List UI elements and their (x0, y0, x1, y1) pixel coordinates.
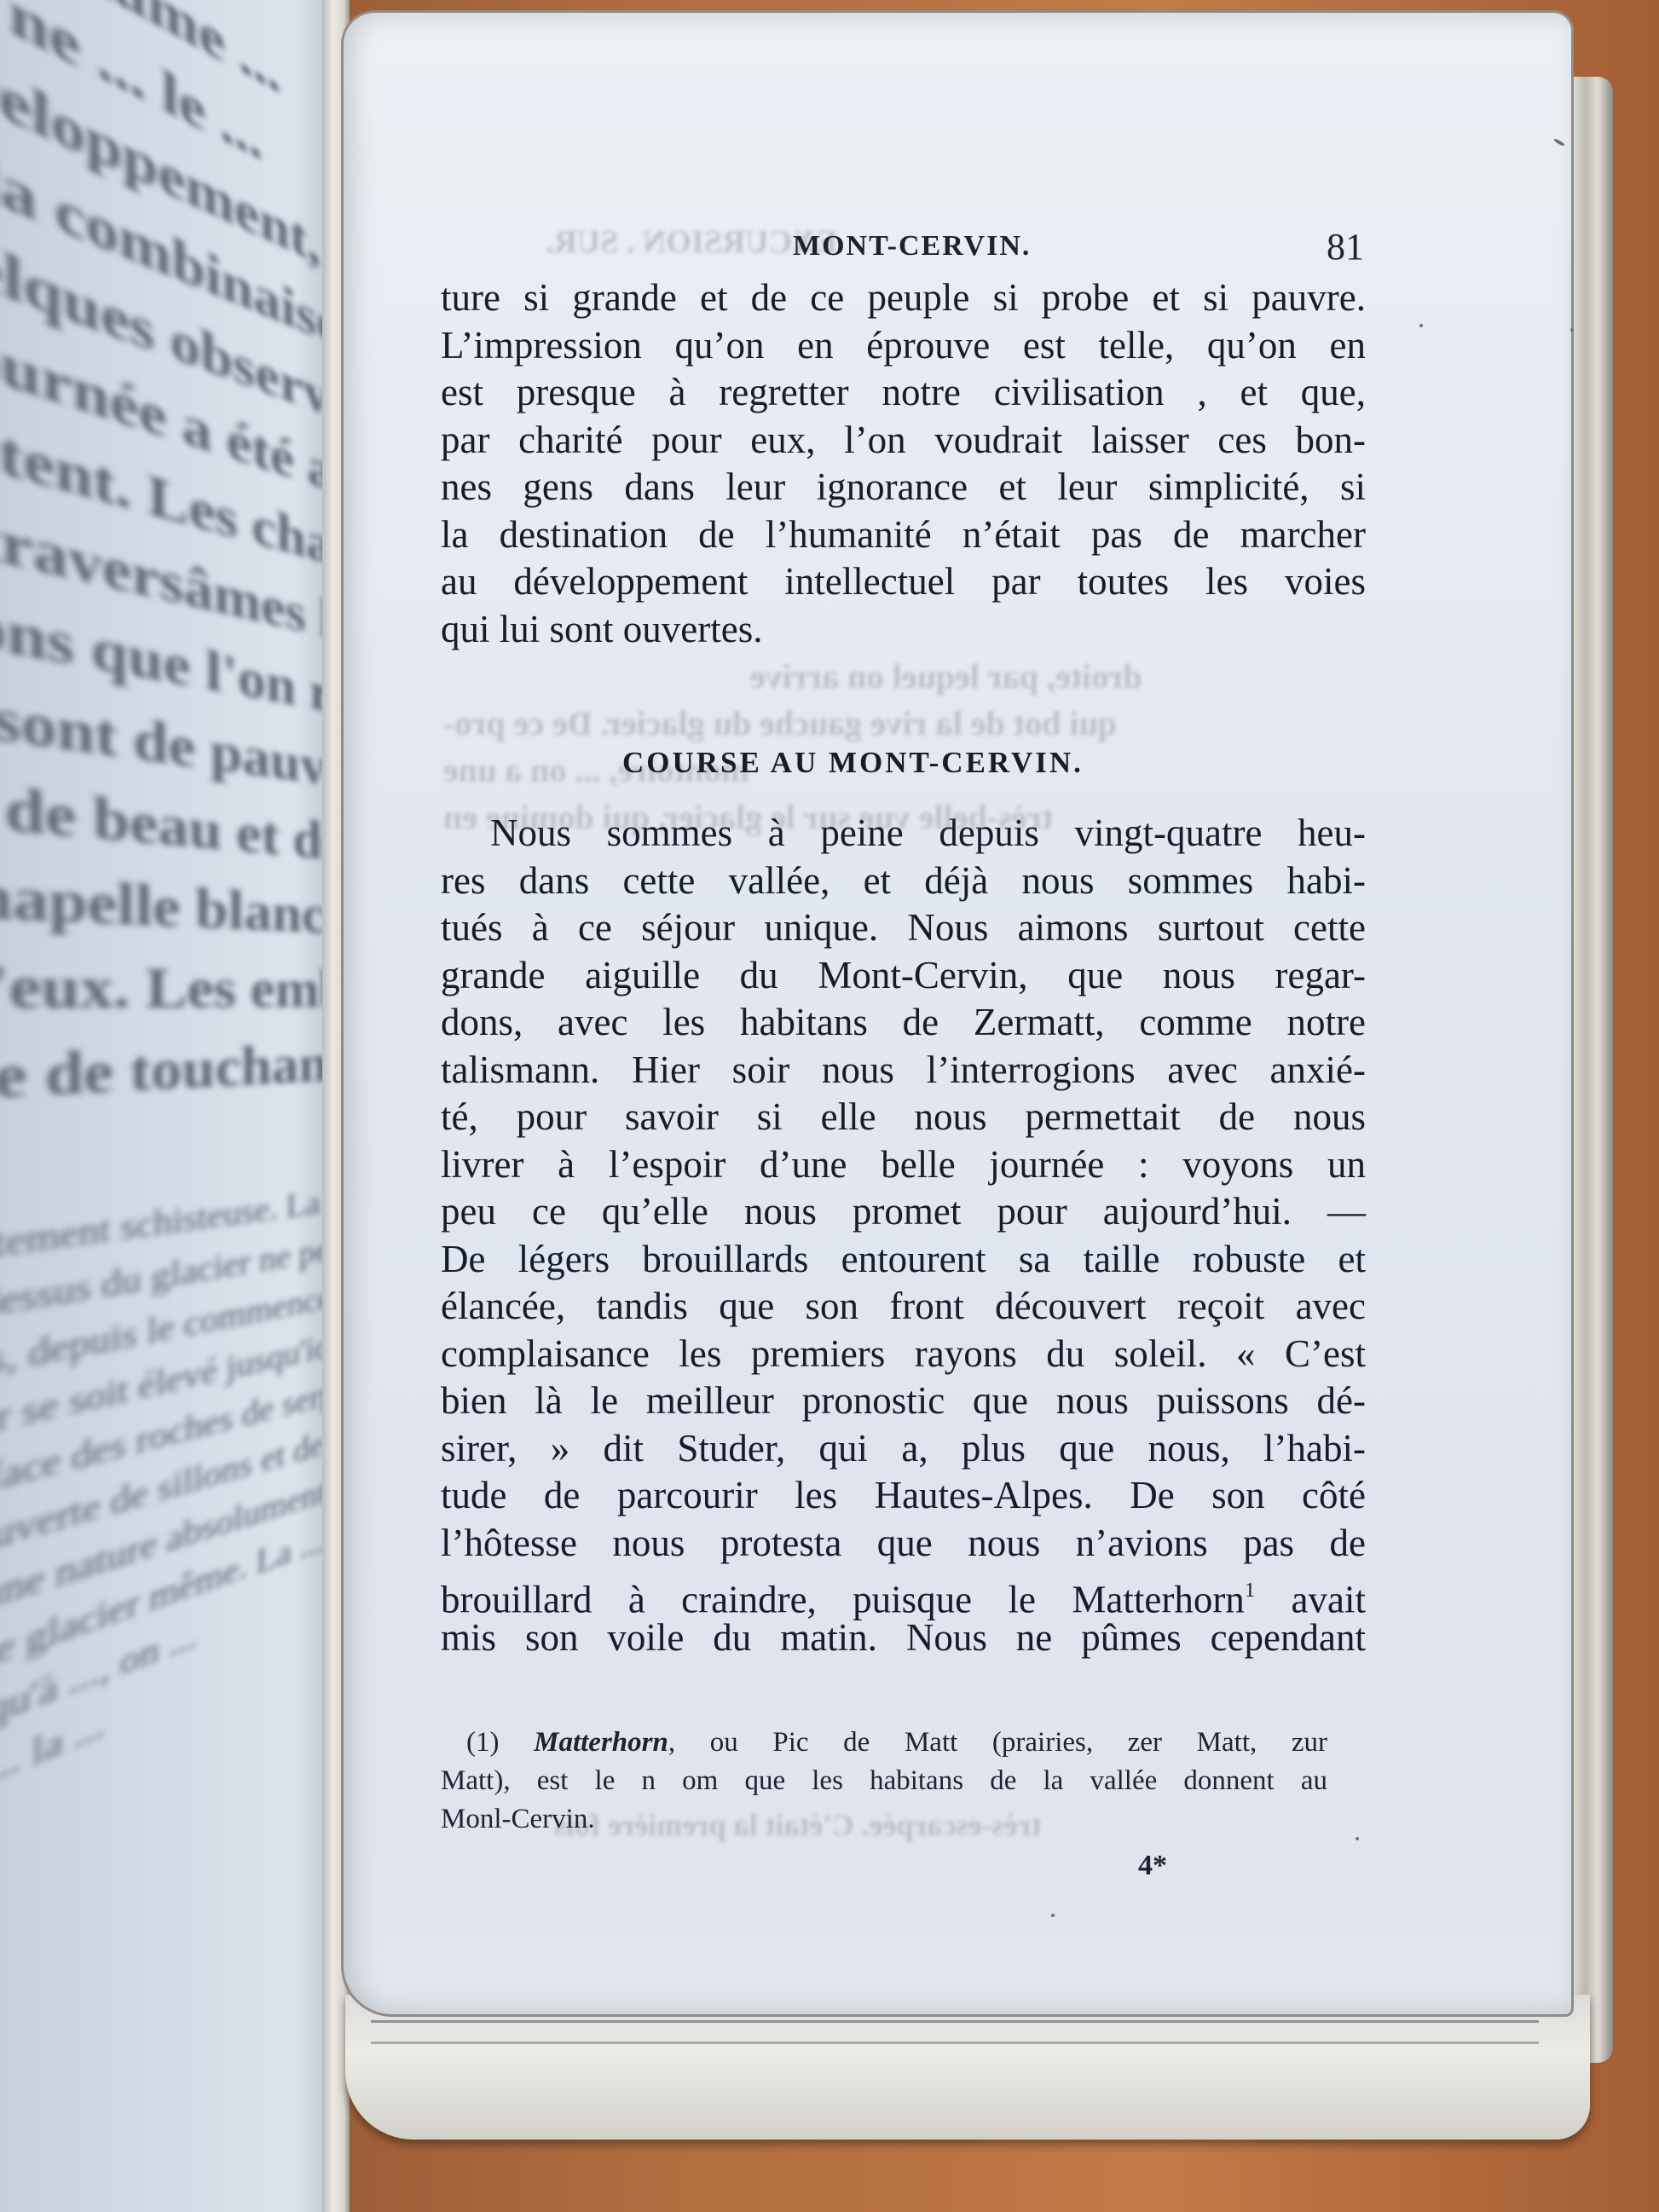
text-line: l’hôtesse nous protesta que nous n’avion… (441, 1520, 1366, 1568)
text-line: peu ce qu’elle nous promet pour aujourd’… (441, 1188, 1366, 1236)
text-line: qui lui sont ouvertes. (441, 606, 1366, 654)
left-line: hose de touchant au milieu de ... (0, 1026, 328, 1129)
text-line: talismann. Hier soir nous l’interrogions… (441, 1047, 1366, 1094)
text-line: té, pour savoir si elle nous permettait … (441, 1094, 1366, 1141)
text-line: nes gens dans leur ignorance et leur sim… (441, 464, 1366, 511)
text-line: tués à ce séjour unique. Nous aimons sur… (441, 904, 1366, 952)
text-line: mis son voile du matin. Nous ne pûmes ce… (441, 1614, 1366, 1662)
left-line: n d'eux. Les emblèmes de ... (0, 939, 328, 1034)
paper-speck (1570, 328, 1574, 332)
text-line: grande aiguille du Mont-Cervin, que nous… (441, 952, 1366, 1000)
text-line: est presque à regretter notre civilisati… (441, 369, 1366, 417)
text-line: complaisance les premiers rayons du sole… (441, 1331, 1366, 1378)
text-line: bien là le meilleur pronostic que nous p… (441, 1377, 1366, 1425)
text-line: au développement intellectuel par toutes… (441, 558, 1366, 606)
text-line: par charité pour eux, l’on voudrait lais… (441, 417, 1366, 465)
page-header: MONT-CERVIN. 81 (452, 230, 1364, 281)
text-line: sirer, » dit Studer, qui a, plus que nou… (441, 1425, 1366, 1473)
text-line: De légers brouillards entourent sa taill… (441, 1236, 1366, 1284)
footnote-reference[interactable]: 1 (1245, 1579, 1255, 1602)
signature-mark: 4* (1138, 1850, 1167, 1882)
footnote-text: , ou Pic de Matt (prairies, zer Matt, zu… (668, 1727, 1327, 1758)
footnote-term: Matterhorn (534, 1727, 668, 1758)
paragraph-1: ture si grande et de ce peuple si probe … (441, 274, 1366, 653)
left-page-text: ple. ..., pour l'amertume ... qui ne ...… (0, 0, 328, 1845)
text-line: Nous sommes à peine depuis vingt-quatre … (441, 810, 1366, 858)
paper-speck (1419, 324, 1423, 327)
text-line: la destination de l’humanité n’était pas… (441, 511, 1366, 559)
bleed-through-line: droite, par lequel on arrive (750, 656, 1142, 696)
paper-speck (1356, 1837, 1359, 1840)
text-line: livrer à l’espoir d’une belle journée : … (441, 1141, 1366, 1189)
text-line: res dans cette vallée, et déjà nous somm… (441, 858, 1366, 905)
paper-speck (1051, 1914, 1055, 1917)
text-line: élancée, tandis que son front découvert … (441, 1283, 1366, 1331)
running-head: MONT-CERVIN. (793, 230, 1031, 263)
text-line: tude de parcourir les Hautes-Alpes. De s… (441, 1472, 1366, 1520)
footnote-line: Matt), est le n om que les habitans de l… (441, 1762, 1327, 1800)
text-line: dons, avec les habitans de Zermatt, comm… (441, 999, 1366, 1047)
text-line-with-footnote-ref: brouillard à craindre, puisque le Matter… (441, 1567, 1366, 1614)
footnote-line: (1) Matterhorn, ou Pic de Matt (prairies… (441, 1724, 1327, 1762)
bleed-through-line: qui bot de la rive gauche du glacier. De… (443, 703, 1117, 743)
text-line: L’impression qu’on en éprouve est telle,… (441, 322, 1366, 370)
paragraph-2: Nous sommes à peine depuis vingt-quatre … (441, 810, 1366, 1661)
text-line: ture si grande et de ce peuple si probe … (441, 274, 1366, 322)
footnote: (1) Matterhorn, ou Pic de Matt (prairies… (441, 1724, 1327, 1839)
footnote-line: Monl-Cervin. (441, 1800, 1327, 1839)
left-footnote: parfaitement schisteuse. La hauteur à la… (0, 1176, 328, 1845)
page-number: 81 (1327, 225, 1364, 269)
left-page: ple. ..., pour l'amertume ... qui ne ...… (0, 0, 328, 2212)
footnote-marker: (1) (466, 1727, 499, 1758)
section-title: COURSE AU MONT-CERVIN. (622, 746, 1084, 780)
